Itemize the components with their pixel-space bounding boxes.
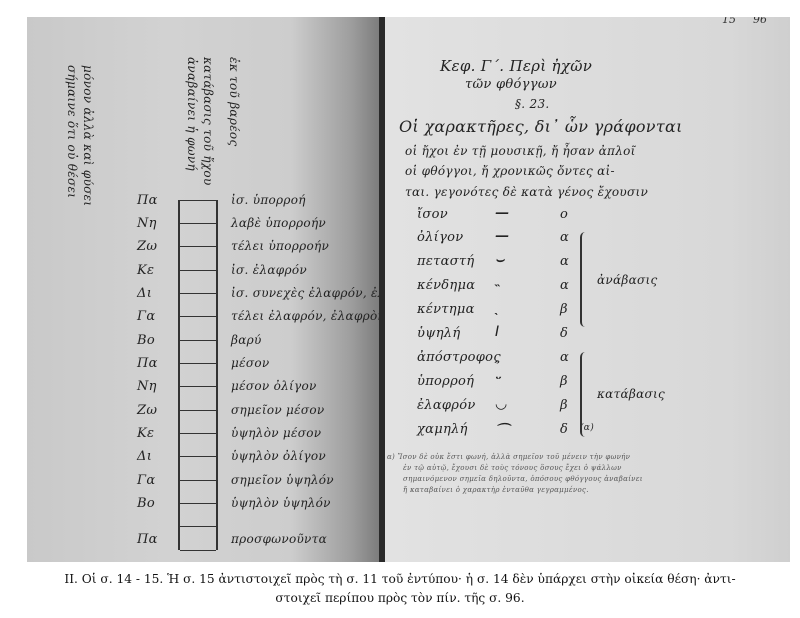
row-label: Κε bbox=[137, 263, 154, 278]
page-number: 96 bbox=[753, 17, 767, 26]
vertical-note: ἀναβαίνει ἡ φωνή bbox=[185, 57, 199, 171]
row-entry: σημεῖον μέσον bbox=[231, 403, 325, 417]
vertical-note: σήμαινε ὅτι οὐ θέσει bbox=[65, 65, 79, 198]
vertical-note: μόνον ἀλλὰ καὶ φύσει bbox=[81, 65, 95, 206]
row-label: Γα bbox=[137, 473, 155, 488]
sign-name: ὑψηλή bbox=[417, 326, 460, 341]
page-number: 15 bbox=[722, 17, 736, 26]
row-entry: μέσον bbox=[231, 356, 269, 370]
row-label: Ζω bbox=[137, 239, 157, 254]
row-entry: ἰσ. ὑπορροή bbox=[231, 193, 306, 207]
sign-name: κέντημα bbox=[417, 302, 475, 317]
row-entry: τέλει ὑπορροήν bbox=[231, 239, 329, 253]
footnote-line: ἤ καταβαίνει ὁ χαρακτὴρ ἐνταῦθα γεγραμμέ… bbox=[403, 486, 589, 494]
row-entry: βαρύ bbox=[231, 333, 262, 347]
sign-glyph: ˏ bbox=[495, 348, 500, 365]
row-entry: ὑψηλὸν ὑψηλόν bbox=[231, 496, 331, 510]
paragraph-line: οἱ φθόγγοι, ἤ χρονικῶς ὄντες αἰ- bbox=[405, 164, 615, 178]
brace-ascending bbox=[580, 232, 590, 327]
paragraph-line: οἱ ἤχοι ἐν τῇ μουσικῇ, ἤ ἦσαν ἀπλοῖ bbox=[405, 144, 636, 158]
manuscript-photo: σήμαινε ὅτι οὐ θέσει μόνον ἀλλὰ καὶ φύσε… bbox=[27, 17, 790, 562]
sign-glyph: ˵ bbox=[495, 276, 500, 293]
sign-glyph: ◡ bbox=[495, 396, 508, 412]
sign-glyph: — bbox=[495, 228, 509, 244]
sign-value: α bbox=[560, 278, 569, 293]
brace-label: ἀνάβασις bbox=[597, 273, 658, 287]
sign-name: ὑπορροή bbox=[417, 374, 474, 389]
footnote-line: α) Ἴσον δὲ οὐκ ἔστι φωνή, ἀλλὰ σημεῖον τ… bbox=[387, 453, 630, 461]
row-label: Πα bbox=[137, 193, 158, 208]
sign-name: ἀπόστροφος bbox=[417, 350, 501, 365]
paragraph-line: Οἱ χαρακτῆρες, δι᾽ ὧν γράφονται bbox=[399, 117, 683, 136]
paragraph-line: ται. γεγονότες δὲ κατὰ γένος ἔχουσιν bbox=[405, 185, 648, 199]
chapter-heading: Κεφ. Γ΄. Περὶ ἠχῶν bbox=[440, 57, 592, 75]
sign-value: α bbox=[560, 350, 569, 365]
row-label: Νη bbox=[137, 379, 157, 394]
sign-value: δ bbox=[560, 422, 568, 437]
row-entry: σημεῖον ὑψηλόν bbox=[231, 473, 334, 487]
sign-value: β bbox=[560, 374, 568, 389]
scale-ladder bbox=[178, 200, 218, 550]
right-page: 15 96 Κεφ. Γ΄. Περὶ ἠχῶν τῶν φθόγγων §. … bbox=[385, 17, 790, 562]
sign-glyph: ⌣ bbox=[495, 252, 505, 268]
chapter-subheading: τῶν φθόγγων bbox=[465, 77, 557, 92]
sign-glyph: — bbox=[495, 205, 509, 221]
left-page: σήμαινε ὅτι οὐ θέσει μόνον ἀλλὰ καὶ φύσε… bbox=[27, 17, 379, 562]
row-label: Βο bbox=[137, 496, 155, 511]
sign-glyph: ⌒ bbox=[495, 420, 509, 440]
sign-name: ὀλίγον bbox=[417, 230, 463, 245]
sign-name: ἐλαφρόν bbox=[417, 398, 476, 413]
brace-descending bbox=[580, 352, 590, 437]
sign-name: κένδημα bbox=[417, 278, 475, 293]
sign-value: δ bbox=[560, 326, 568, 341]
row-label: Πα bbox=[137, 532, 158, 547]
row-entry: ἰσ. ἐλαφρόν bbox=[231, 263, 307, 277]
row-label: Δι bbox=[137, 449, 152, 464]
footnote-line: σημαινόμενον σημεῖα δηλοῦντα, ὁπόσους φθ… bbox=[403, 475, 643, 483]
sign-value: α bbox=[560, 254, 569, 269]
row-label: Βο bbox=[137, 333, 155, 348]
row-label: Γα bbox=[137, 309, 155, 324]
sign-value: β bbox=[560, 302, 568, 317]
sign-name: ἴσον bbox=[417, 207, 448, 222]
row-label: Πα bbox=[137, 356, 158, 371]
row-label: Δι bbox=[137, 286, 152, 301]
row-label: Ζω bbox=[137, 403, 157, 418]
sign-value: ο bbox=[560, 207, 568, 222]
vertical-note: ἐκ τοῦ βαρέος bbox=[227, 57, 241, 146]
row-entry: μέσον ὀλίγον bbox=[231, 379, 317, 393]
sign-glyph: ǀ bbox=[495, 324, 499, 340]
caption-line-1: II. Οἱ σ. 14 - 15. Ἡ σ. 15 ἀντιστοιχεῖ π… bbox=[0, 570, 800, 589]
sign-glyph: ᵕ bbox=[495, 372, 502, 388]
figure-caption: II. Οἱ σ. 14 - 15. Ἡ σ. 15 ἀντιστοιχεῖ π… bbox=[0, 570, 800, 608]
brace-label: κατάβασις bbox=[597, 387, 665, 401]
sign-name: χαμηλή bbox=[417, 422, 468, 437]
row-entry: προσφωνοῦντα bbox=[231, 532, 327, 546]
section-number: §. 23. bbox=[515, 97, 550, 111]
sign-name: πεταστή bbox=[417, 254, 474, 269]
sign-value: β bbox=[560, 398, 568, 413]
caption-line-2: στοιχεῖ περίπου πρὸς τὸν πίν. τῆς σ. 96. bbox=[0, 589, 800, 608]
row-label: Νη bbox=[137, 216, 157, 231]
sign-value: α bbox=[560, 230, 569, 245]
row-entry: ὑψηλὸν ὀλίγον bbox=[231, 449, 326, 463]
sign-glyph: ˎ bbox=[495, 300, 500, 317]
row-entry: ὑψηλὸν μέσον bbox=[231, 426, 321, 440]
row-label: Κε bbox=[137, 426, 154, 441]
vertical-note: κατάβασις τοῦ ἤχου bbox=[201, 57, 215, 186]
row-entry: λαβὲ ὑπορροήν bbox=[231, 216, 326, 230]
footnote-line: ἐν τῷ αὐτῷ, ἔχουσι δὲ τοὺς τόνους ὅσους … bbox=[403, 464, 622, 472]
